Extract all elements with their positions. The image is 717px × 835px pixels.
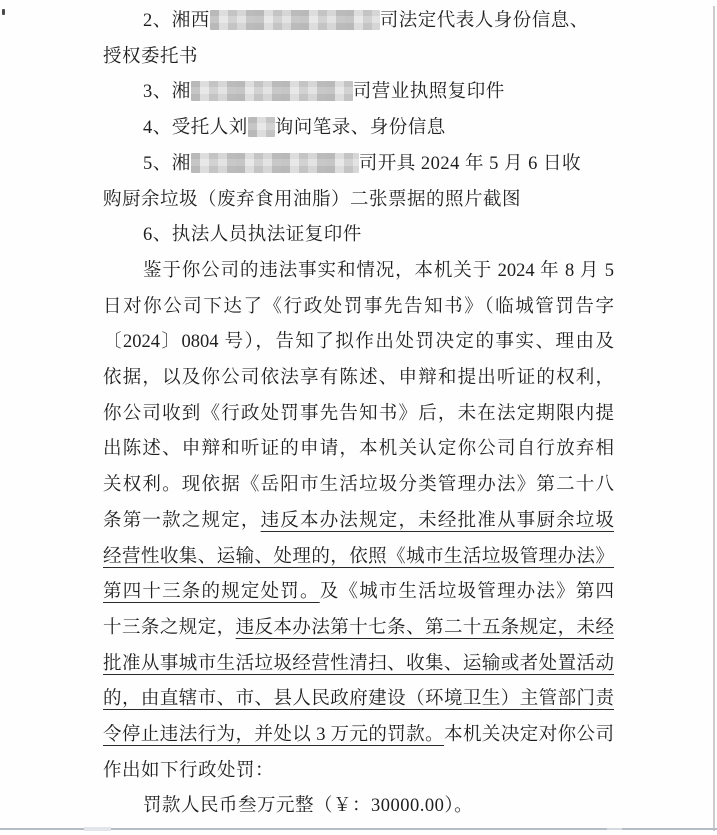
text-line: 鉴于你公司的违法事实和情况，本机关于 2024 年 8 月 5 [103, 254, 614, 290]
redacted-text-block [191, 153, 359, 173]
bottom-edge-gap [84, 827, 111, 831]
text-segment: 4、受托人刘 [143, 118, 248, 138]
scan-artifact-speck [2, 9, 5, 15]
text-line: 十三条之规定，违反本办法第十七条、第二十五条规定，未经 [103, 611, 614, 647]
text-segment: 关权利。现依据《岳阳市生活垃圾分类管理办法》第二十八 [103, 475, 614, 495]
text-line: 购厨余垃圾（废弃食用油脂）二张票据的照片截图 [103, 183, 614, 219]
text-line: 罚款人民币叁万元整（￥：30000.00）。 [103, 789, 614, 825]
text-line: 4、受托人刘询问笔录、身份信息 [103, 111, 614, 147]
text-segment: 司营业执照复印件 [353, 82, 505, 102]
redacted-text-block [248, 117, 275, 137]
text-line: 第四十三条的规定处罚。及《城市生活垃圾管理办法》第四 [103, 575, 614, 611]
text-segment: 及《城市生活垃圾管理办法》第四 [320, 582, 614, 602]
text-segment: 依据，以及你公司依法享有陈述、申辩和提出听证的权利， [103, 368, 614, 388]
text-line: 经营性收集、运输、处理的，依照《城市生活垃圾管理办法》 [103, 540, 614, 576]
text-line: 依据，以及你公司依法享有陈述、申辩和提出听证的权利， [103, 361, 614, 397]
text-segment: 本机关决定对你公司 [444, 725, 614, 745]
text-line: 6、执法人员执法证复印件 [103, 218, 614, 254]
underlined-text-segment: 令停止违法行为，并处以 3 万元的罚款。 [103, 725, 444, 745]
page-right-edge-line [713, 6, 715, 831]
underlined-text-segment: 的，由直辖市、市、县人民政府建设（环境卫生）主管部门责 [103, 689, 614, 709]
text-line: 日对你公司下达了《行政处罚事先告知书》（临城管罚告字 [103, 290, 614, 326]
text-line: 2、湘西司法定代表人身份信息、 [103, 4, 614, 40]
underlined-text-segment: 批准从事城市生活垃圾经营性清扫、收集、运输或者处置活动 [103, 654, 614, 674]
text-segment: 5、湘 [143, 154, 191, 174]
text-line: 的，由直辖市、市、县人民政府建设（环境卫生）主管部门责 [103, 682, 614, 718]
text-line: 〔2024〕0804 号），告知了拟作出处罚决定的事实、理由及 [103, 325, 614, 361]
redacted-text-block [210, 10, 380, 30]
underlined-text-segment: 经营性收集、运输、处理的，依照《城市生活垃圾管理办法》 [103, 547, 614, 567]
text-line: 条第一款之规定，违反本办法规定，未经批准从事厨余垃圾 [103, 504, 614, 540]
bottom-edge-gap [607, 828, 622, 830]
text-segment: 购厨余垃圾（废弃食用油脂）二张票据的照片截图 [103, 190, 521, 210]
scanned-document-page: 2、湘西司法定代表人身份信息、授权委托书3、湘司营业执照复印件4、受托人刘询问笔… [0, 0, 717, 835]
text-segment: 授权委托书 [103, 47, 198, 67]
redacted-text-block [191, 81, 353, 101]
text-line: 出陈述、申辩和听证的申请，本机关认定你公司自行放弃相 [103, 432, 614, 468]
text-segment: 〔2024〕0804 号），告知了拟作出处罚决定的事实、理由及 [103, 332, 614, 352]
text-segment: 作出如下行政处罚： [103, 761, 274, 781]
text-line: 3、湘司营业执照复印件 [103, 75, 614, 111]
text-segment: 出陈述、申辩和听证的申请，本机关认定你公司自行放弃相 [103, 439, 614, 459]
text-segment: 鉴于你公司的违法事实和情况，本机关于 2024 年 8 月 5 [143, 261, 614, 281]
text-segment: 3、湘 [143, 82, 191, 102]
text-segment: 十三条之规定， [103, 618, 236, 638]
text-segment: 2、湘西 [143, 11, 210, 31]
text-segment: 司法定代表人身份信息、 [380, 11, 589, 31]
text-segment: 询问笔录、身份信息 [275, 118, 446, 138]
text-line: 令停止违法行为，并处以 3 万元的罚款。本机关决定对你公司 [103, 718, 614, 754]
text-segment: 日对你公司下达了《行政处罚事先告知书》（临城管罚告字 [103, 297, 614, 317]
text-line: 批准从事城市生活垃圾经营性清扫、收集、运输或者处置活动 [103, 647, 614, 683]
text-segment: 司开具 2024 年 5 月 6 日收 [359, 154, 581, 174]
underlined-text-segment: 违反本办法第十七条、第二十五条规定，未经 [236, 618, 614, 638]
text-line: 5、湘司开具 2024 年 5 月 6 日收 [103, 147, 614, 183]
text-line: 授权委托书 [103, 40, 614, 76]
text-line: 你公司收到《行政处罚事先告知书》后，未在法定期限内提 [103, 397, 614, 433]
text-segment: 你公司收到《行政处罚事先告知书》后，未在法定期限内提 [103, 404, 614, 424]
text-line: 作出如下行政处罚： [103, 754, 614, 790]
underlined-text-segment: 第四十三条的规定处罚。 [103, 582, 320, 602]
text-segment: 条第一款之规定， [103, 511, 261, 531]
text-line: 关权利。现依据《岳阳市生活垃圾分类管理办法》第二十八 [103, 468, 614, 504]
text-segment: 6、执法人员执法证复印件 [143, 225, 362, 245]
underlined-text-segment: 违反本办法规定，未经批准从事厨余垃圾 [261, 511, 614, 531]
text-segment: 罚款人民币叁万元整（￥：30000.00）。 [143, 796, 473, 816]
document-text-body: 2、湘西司法定代表人身份信息、授权委托书3、湘司营业执照复印件4、受托人刘询问笔… [103, 4, 614, 825]
